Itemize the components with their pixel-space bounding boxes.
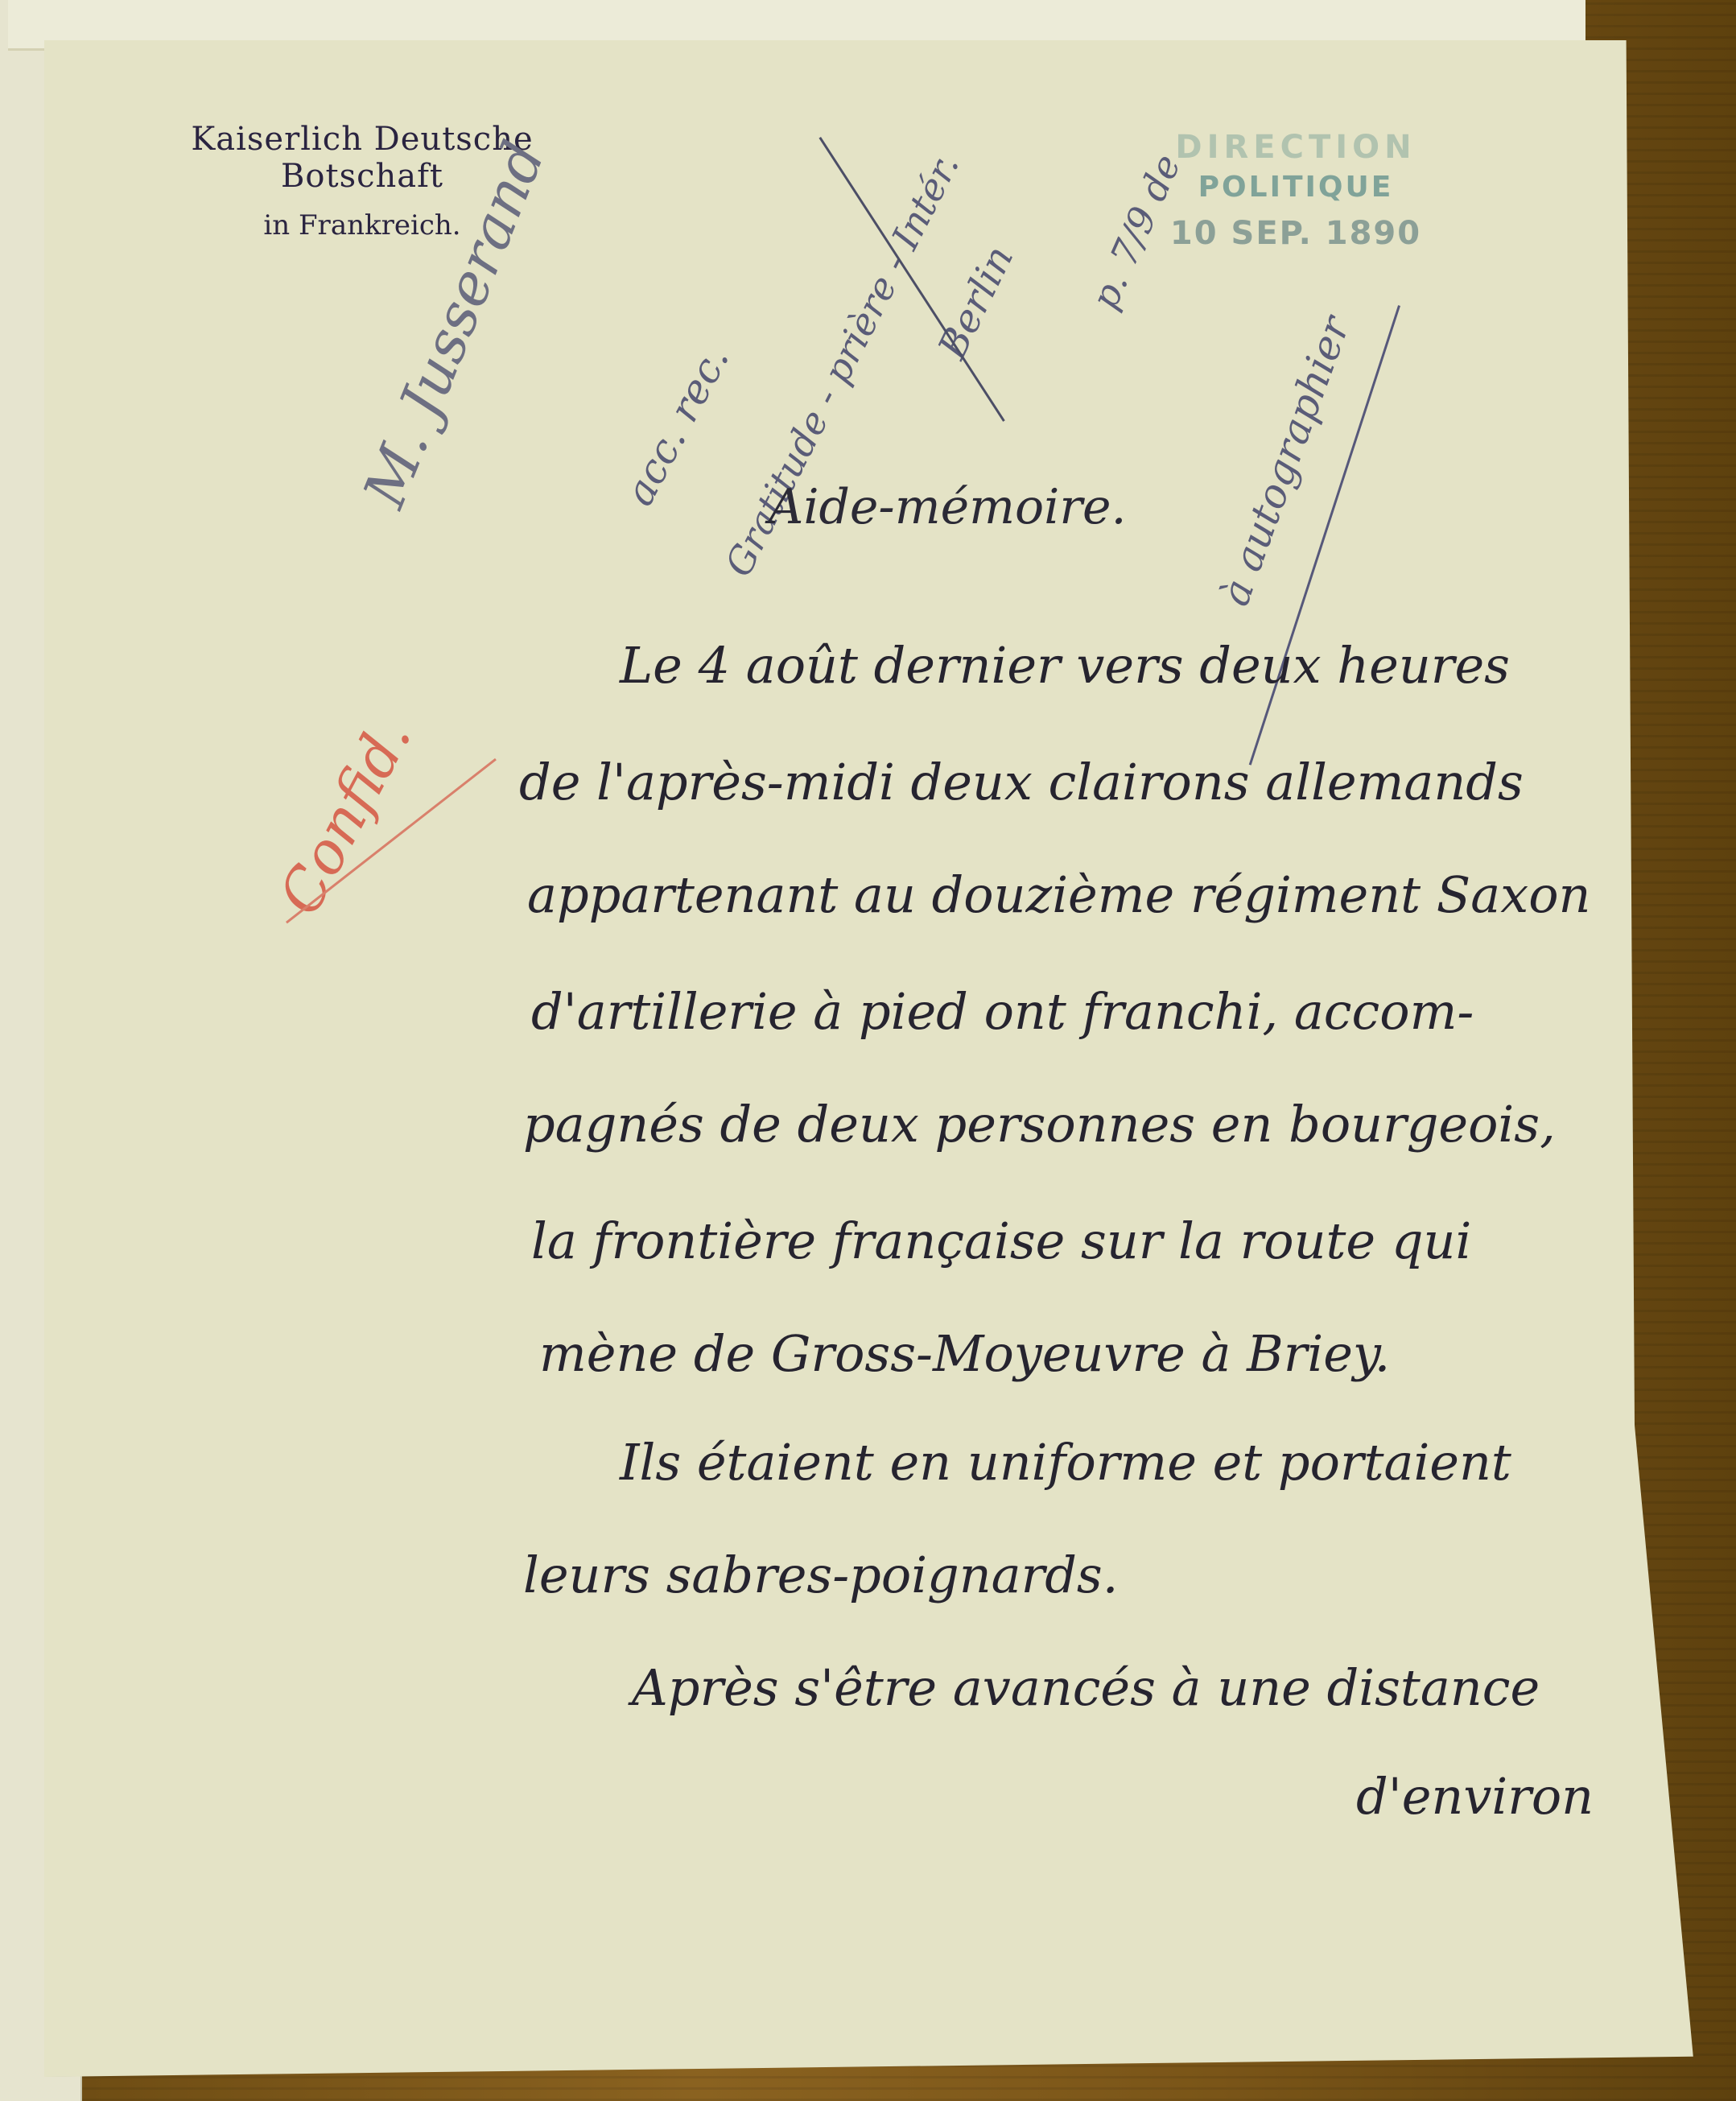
body-line-11: d'environ	[1356, 1767, 1594, 1826]
body-line-4: d'artillerie à pied ont franchi, accom-	[531, 982, 1474, 1041]
annotation-acc-rec: acc. rec.	[616, 338, 738, 513]
annotation-berlin: Berlin	[930, 239, 1022, 366]
document-page: Kaiserlich Deutsche Botschaft in Frankre…	[44, 40, 1718, 2077]
stamp-date: 10 SEP. 1890	[1127, 215, 1465, 252]
annotation-red-pencil: Confid.	[266, 708, 424, 926]
body-line-9: leurs sabres-poignards.	[523, 1546, 1118, 1604]
body-line-5: pagnés de deux personnes en bourgeois,	[523, 1095, 1556, 1154]
body-line-6: la frontière française sur la route qui	[531, 1211, 1471, 1270]
body-line-8: Ils étaient en uniforme et portaient	[620, 1433, 1511, 1492]
body-line-1: Le 4 août dernier vers deux heures	[620, 636, 1510, 695]
body-line-10: Après s'être avancés à une distance	[632, 1658, 1540, 1717]
document-title: Aide-mémoire.	[769, 479, 1127, 535]
annotation-autographier: à autographier	[1211, 310, 1359, 611]
body-line-3: appartenant au douzième régiment Saxon	[527, 865, 1590, 924]
body-line-7: mène de Gross-Moyeuvre à Briey.	[539, 1324, 1390, 1383]
body-line-2: de l'après-midi deux clairons allemands	[519, 753, 1524, 811]
